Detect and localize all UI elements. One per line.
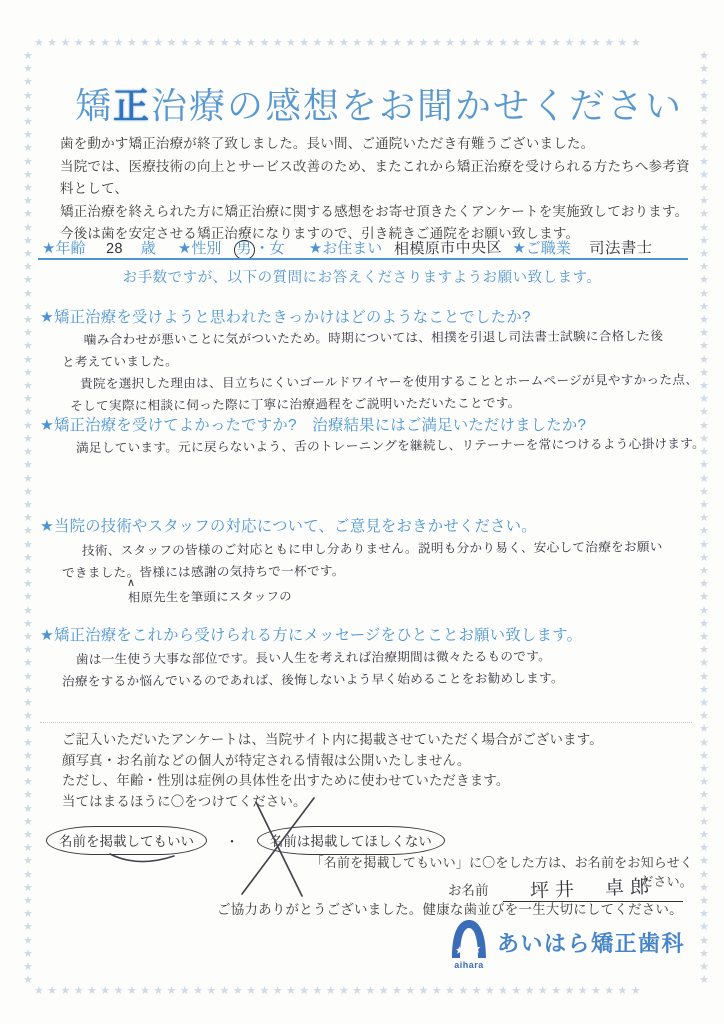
clinic-logo: aihara bbox=[445, 916, 493, 970]
aihara-arch-icon bbox=[445, 916, 493, 960]
note-line: 顔写真・お名前などの個人が特定される情報は公開いたしません。 bbox=[62, 751, 682, 772]
note-line: 当てはまるほうに〇をつけてください。 bbox=[62, 792, 682, 813]
note-line: ただし、年齢・性別は症例の具体性を出すために使わせていただきます。 bbox=[62, 771, 682, 792]
intro-line: 矯正治療を終えられた方に矯正治療に関する感想をお寄せ頂きたくアンケートを実施致し… bbox=[60, 201, 700, 224]
closing-message: ご協力ありがとうございました。健康な歯並びを一生大切にしてください。 bbox=[217, 898, 683, 918]
title-part1: 矯 bbox=[75, 85, 113, 126]
age-unit: 歳 bbox=[141, 240, 156, 257]
question3-inserted-text: 相原先生を筆頭にスタッフの bbox=[128, 585, 292, 608]
answer-line: できました。皆様には感謝の気持ちで一杯です。 bbox=[62, 558, 663, 584]
star-border-bottom: ★★★★★★★★★★★★★★★★★★★★★★★★★★★★★★★★★★★★★★★★… bbox=[34, 984, 644, 997]
question4-answer: 歯は一生使う大事な部位です。長い人生を考えれば治療期間は微々たるものです。 治療… bbox=[62, 645, 564, 693]
question4-label: ★矯正治療をこれから受けられる方にメッセージをひとことお願い致します。 bbox=[40, 623, 582, 645]
footer-divider bbox=[40, 722, 692, 723]
demographics-underline bbox=[38, 258, 688, 260]
question2-label: ★矯正治療を受けてよかったですか? 治療結果にはご満足いただけましたか? bbox=[40, 413, 586, 435]
answer-line: 技術、スタッフの皆様のご対応ともに申し分ありません。説明も分かり易く、安心して治… bbox=[62, 536, 663, 562]
age-value: 28 bbox=[105, 241, 122, 257]
question2-answer: 満足しています。元に戻らないよう、舌のトレーニングを継続し、リテーナーを常につけ… bbox=[62, 433, 705, 459]
star-border-left: ★ ★ ★ ★ ★ ★ ★ ★ ★ ★ ★ ★ ★ ★ ★ ★ ★ ★ ★ ★ … bbox=[21, 50, 35, 987]
gender-male-circled: 男 bbox=[234, 240, 255, 260]
privacy-notes: ご記入いただいたアンケートは、当院サイト内に掲載させていただく場合がございます。… bbox=[62, 730, 682, 812]
age-label: ★年齢 bbox=[42, 240, 85, 257]
job-label: ★ご職業 bbox=[512, 240, 570, 257]
request-line: お手数ですが、以下の質問にお答えくださりますようお願い致します。 bbox=[40, 266, 684, 287]
demographics-row: ★年齢 28 歳 ★性別 男・女 ★お住まい 相模原市中央区 ★ご職業 司法書士 bbox=[42, 236, 653, 260]
job-value: 司法書士 bbox=[589, 235, 653, 258]
title-stamp-char: 正 bbox=[113, 85, 151, 126]
scanned-survey-page: ★★★★★★★★★★★★★★★★★★★★★★★★★★★★★★★★★★★★★★★★… bbox=[0, 0, 724, 1024]
address-value: 相模原市中央区 bbox=[394, 236, 502, 259]
question1-label: ★矯正治療を受けようと思われたきっかけはどのようなことでしたか? bbox=[40, 305, 531, 327]
question3-answer: 技術、スタッフの皆様のご対応ともに申し分ありません。説明も分かり易く、安心して治… bbox=[62, 536, 663, 584]
intro-line: 当院では、医療技術の向上とサービス改善のため、またこれから矯正治療を受けられる方… bbox=[60, 156, 700, 201]
star-border-top: ★★★★★★★★★★★★★★★★★★★★★★★★★★★★★★★★★★★★★★★★… bbox=[34, 36, 644, 49]
address-label: ★お住まい bbox=[309, 240, 382, 257]
intro-paragraph: 歯を動かす矯正治療が終了致しました。長い間、ご通院いただき有難うございました。 … bbox=[60, 133, 700, 246]
name-field-label: お名前 bbox=[448, 883, 489, 898]
question3-label: ★当院の技術やスタッフの対応について、ご意見をおきかせください。 bbox=[40, 514, 537, 536]
answer-line: 治療をするか悩んでいるのであれば、後悔しないよう早く始めることをお勧めします。 bbox=[62, 667, 564, 693]
answer-line: 噛み合わせが悪いことに気がついたため。時期については、相撲を引退し司法書士試験に… bbox=[62, 325, 698, 351]
answer-line: 貴院を選択した理由は、目立ちにくいゴールドワイヤーを使用することとホームページが… bbox=[62, 369, 698, 395]
intro-line: 歯を動かす矯正治療が終了致しました。長い間、ご通院いただき有難うございました。 bbox=[60, 133, 700, 156]
clinic-name: あいはら矯正歯科 bbox=[497, 927, 685, 958]
answer-line: 満足しています。元に戻らないよう、舌のトレーニングを継続し、リテーナーを常につけ… bbox=[62, 433, 705, 459]
question1-answer: 噛み合わせが悪いことに気がついたため。時期については、相撲を引退し司法書士試験に… bbox=[62, 325, 699, 417]
gender-separator: ・ bbox=[255, 240, 270, 257]
page-title: 矯正治療の感想をお聞かせください bbox=[75, 78, 683, 129]
title-part3: 治療の感想をお聞かせください bbox=[151, 85, 683, 126]
gender-female: 女 bbox=[270, 240, 285, 257]
note-line: ご記入いただいたアンケートは、当院サイト内に掲載させていただく場合がございます。 bbox=[62, 730, 682, 751]
handwritten-circle-mark bbox=[108, 850, 178, 868]
clinic-logo-text: aihara bbox=[445, 960, 493, 970]
gender-label: ★性別 bbox=[178, 240, 221, 257]
